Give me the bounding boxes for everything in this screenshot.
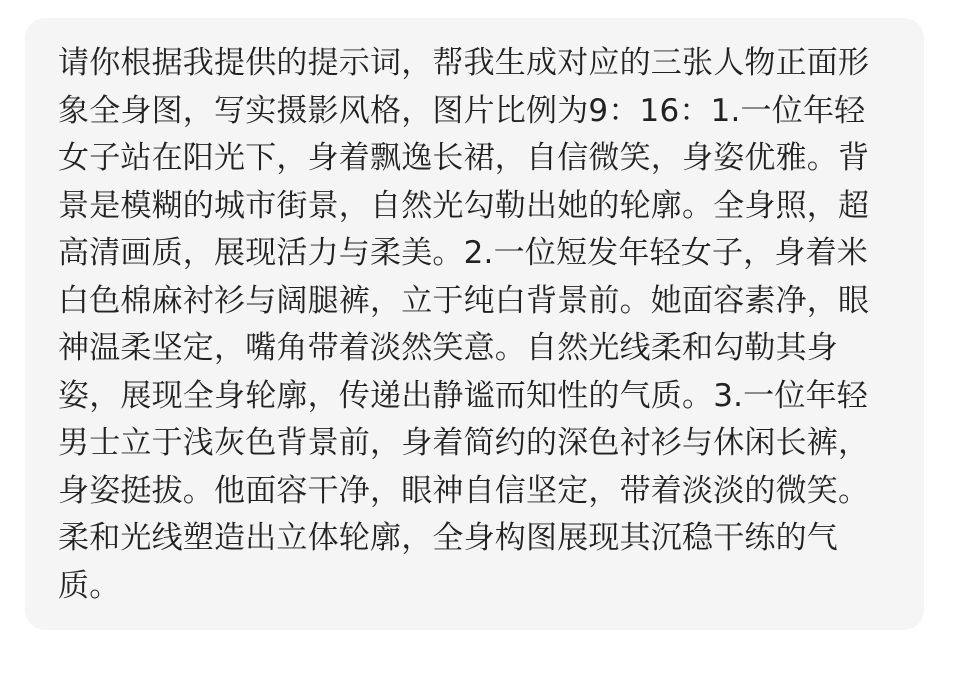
message-line: 高清画质，展现活力与柔美。2.一位短发年轻女子，身着米 xyxy=(58,230,894,278)
message-line: 女子站在阳光下，身着飘逸长裙，自信微笑，身姿优雅。背 xyxy=(58,135,894,183)
message-line: 白色棉麻衬衫与阔腿裤，立于纯白背景前。她面容素净，眼 xyxy=(58,278,894,326)
message-line: 身姿挺拔。他面容干净，眼神自信坚定，带着淡淡的微笑。 xyxy=(58,468,894,516)
message-line: 请你根据我提供的提示词，帮我生成对应的三张人物正面形 xyxy=(58,40,894,88)
user-message-bubble: 请你根据我提供的提示词，帮我生成对应的三张人物正面形 象全身图，写实摄影风格，图… xyxy=(25,18,924,630)
message-line: 质。 xyxy=(58,563,894,611)
message-line: 姿，展现全身轮廓，传递出静谧而知性的气质。3.一位年轻 xyxy=(58,373,894,421)
message-line: 神温柔坚定，嘴角带着淡然笑意。自然光线柔和勾勒其身 xyxy=(58,325,894,373)
message-line: 象全身图，写实摄影风格，图片比例为9：16：1.一位年轻 xyxy=(58,88,894,136)
message-text: 请你根据我提供的提示词，帮我生成对应的三张人物正面形 象全身图，写实摄影风格，图… xyxy=(58,40,894,610)
message-line: 柔和光线塑造出立体轮廓，全身构图展现其沉稳干练的气 xyxy=(58,515,894,563)
message-line: 男士立于浅灰色背景前，身着简约的深色衬衫与休闲长裤， xyxy=(58,420,894,468)
message-line: 景是模糊的城市街景，自然光勾勒出她的轮廓。全身照，超 xyxy=(58,183,894,231)
